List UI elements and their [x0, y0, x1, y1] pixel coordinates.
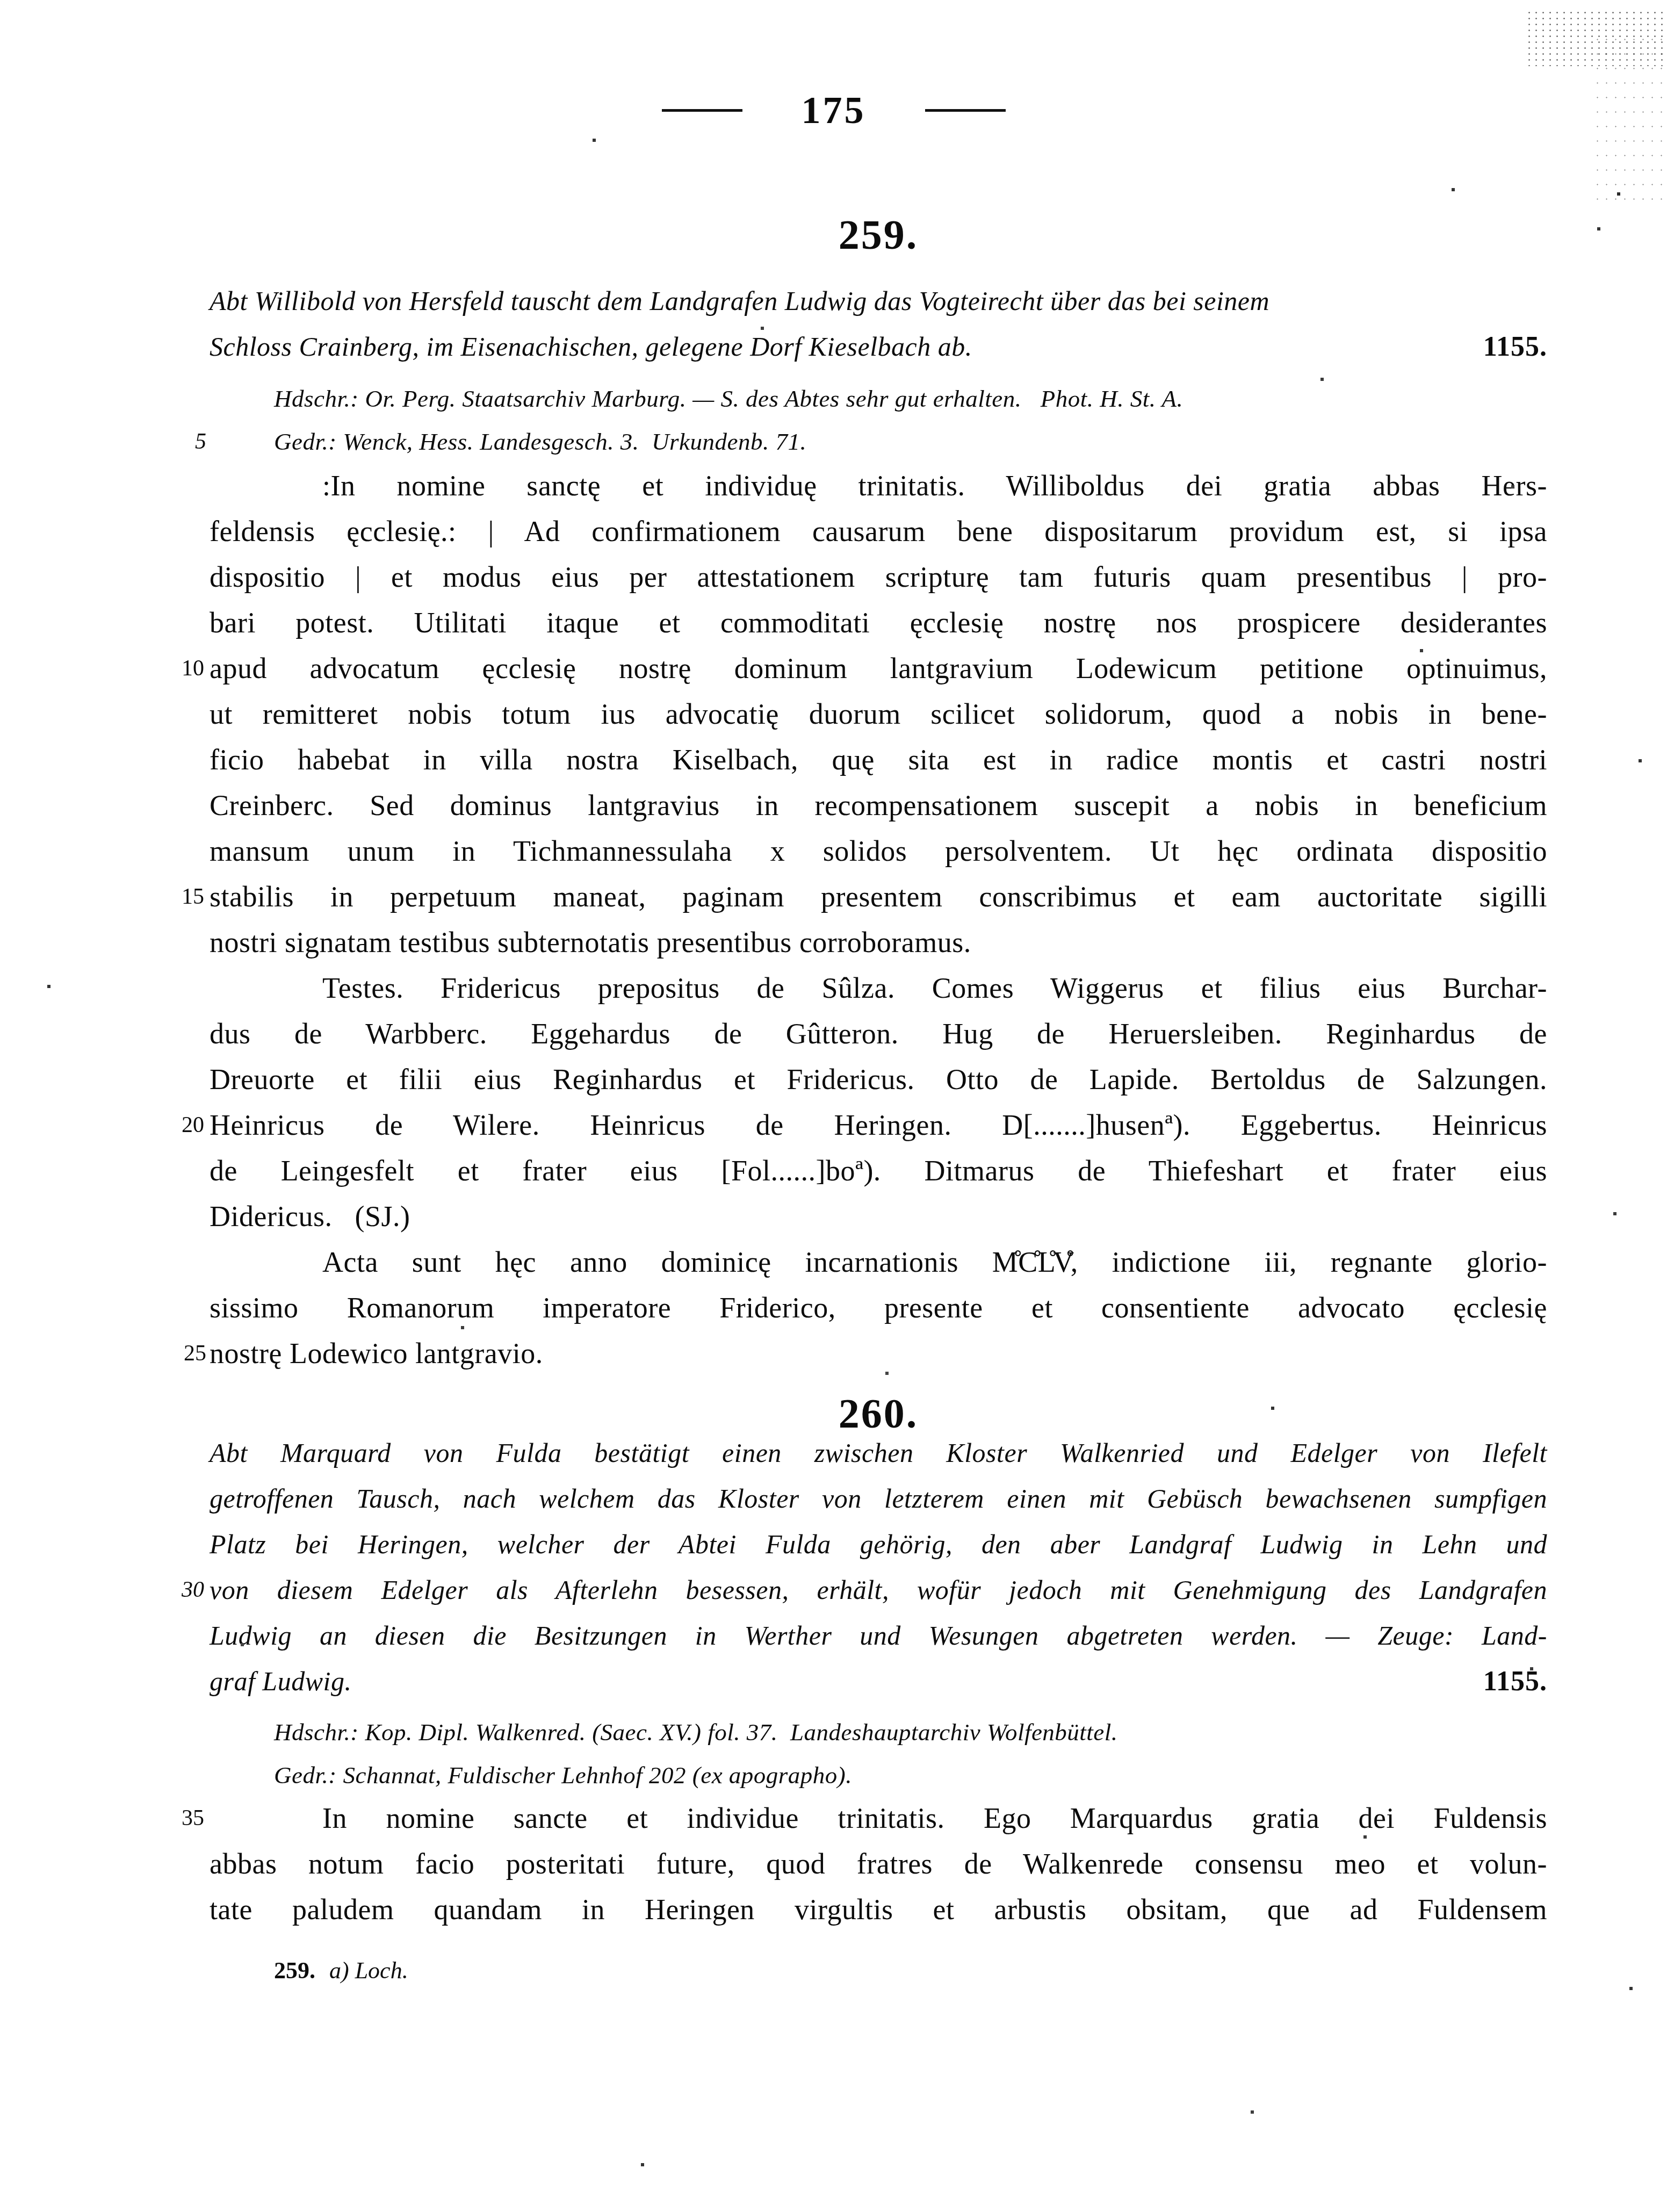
scanned-page: { "page": { "number": "175" }, "margin_n…: [0, 0, 1667, 2212]
text-line: Testes. Fridericus prepositus de Sûlza. …: [210, 966, 1547, 1011]
summary-text: Schloss Crainberg, im Eisenachischen, ge…: [210, 324, 972, 370]
entry-260-summary: Abt Marquard von Fulda bestätigt einen z…: [210, 1430, 1547, 1704]
source-text: Gedr.: Wenck, Hess. Landesgesch. 3. Urku…: [274, 428, 806, 455]
text-line: Dreuorte et filii eius Reginhardus et Fr…: [210, 1057, 1547, 1103]
text-line: Ludwig an diesen die Besitzungen in Wert…: [210, 1613, 1547, 1659]
text-line: 15stabilis in perpetuum maneat, paginam …: [210, 874, 1547, 920]
line-number: 30: [182, 1567, 206, 1613]
page-header: 175: [0, 86, 1667, 134]
charter-year: 1155.: [1483, 324, 1547, 370]
text-line: mansum unum in Tichmannessulaha x solido…: [210, 828, 1547, 874]
text-line: Creinberc. Sed dominus lantgravius in re…: [210, 783, 1547, 828]
text-line: abbas notum facio posteritati future, qu…: [210, 1841, 1547, 1887]
text-line: 30von diesem Edelger als Afterlehn beses…: [210, 1567, 1547, 1613]
text-line: graf Ludwig. 1155.: [210, 1659, 1547, 1704]
page-number: 175: [802, 88, 866, 133]
source-line-gedr: Gedr.: Schannat, Fuldischer Lehnhof 202 …: [210, 1754, 1547, 1797]
text-line: dispositio | et modus eius per attestati…: [210, 554, 1547, 600]
scan-noise-specks: [0, 0, 1, 1]
body-text: apud advocatum ęcclesię nostrę dominum l…: [210, 652, 1547, 685]
footnote: 259.a) Loch.: [274, 1957, 408, 1984]
text-line: ficio habebat in villa nostra Kiselbach,…: [210, 737, 1547, 783]
text-line: Abt Marquard von Fulda bestätigt einen z…: [210, 1430, 1547, 1476]
body-text: Heinricus de Wilere. Heinricus de Hering…: [210, 1109, 1547, 1141]
text-line: sissimo Romanorum imperatore Friderico, …: [210, 1285, 1547, 1331]
body-text: In nomine sancte et individue trinitatis…: [322, 1802, 1547, 1834]
entry-259-body: :In nomine sanctę et individuę trinitati…: [210, 463, 1547, 1377]
summary-text: von diesem Edelger als Afterlehn besesse…: [210, 1575, 1547, 1605]
summary-text: graf Ludwig.: [210, 1659, 351, 1704]
text-line: de Leingesfelt et frater eius [Fol......…: [210, 1148, 1547, 1194]
text-line: 25nostrę Lodewico lantgravio.: [210, 1331, 1547, 1377]
source-line-hdschr: Hdschr.: Or. Perg. Staatsarchiv Marburg.…: [210, 377, 1547, 420]
source-line-gedr: 5Gedr.: Wenck, Hess. Landesgesch. 3. Urk…: [210, 420, 1547, 463]
text-line: Acta sunt hęc anno dominicę incarnationi…: [210, 1240, 1547, 1285]
footnote-text: a) Loch.: [329, 1957, 408, 1984]
text-line: Abt Willibold von Hersfeld tauscht dem L…: [210, 278, 1547, 324]
text-line: Didericus. (SJ.): [210, 1194, 1547, 1240]
header-rule-right: [925, 109, 1006, 112]
entry-259-summary: Abt Willibold von Hersfeld tauscht dem L…: [210, 278, 1547, 370]
text-line: getroffenen Tausch, nach welchem das Klo…: [210, 1476, 1547, 1522]
text-line: Schloss Crainberg, im Eisenachischen, ge…: [210, 324, 1547, 370]
text-line: dus de Warbberc. Eggehardus de Gûtteron.…: [210, 1011, 1547, 1057]
line-number: 35: [182, 1796, 206, 1841]
text-line: ut remitteret nobis totum ius advocatię …: [210, 691, 1547, 737]
line-number: 10: [182, 646, 206, 691]
entry-259-heading: 259.: [210, 211, 1547, 259]
entry-260-source: Hdschr.: Kop. Dipl. Walkenred. (Saec. XV…: [210, 1711, 1547, 1797]
line-number: 5: [182, 420, 206, 463]
text-line: Platz bei Heringen, welcher der Abtei Fu…: [210, 1522, 1547, 1567]
header-rule-left: [662, 109, 742, 112]
footnote-ref: 259.: [274, 1957, 315, 1984]
body-text: stabilis in perpetuum maneat, paginam pr…: [210, 881, 1547, 913]
line-number: 20: [182, 1103, 206, 1148]
line-number: 25: [182, 1331, 206, 1377]
text-line: nostri signatam testibus subternotatis p…: [210, 920, 1547, 966]
charter-year: 1155.: [1483, 1659, 1547, 1704]
text-line: 20Heinricus de Wilere. Heinricus de Heri…: [210, 1103, 1547, 1148]
text-line: bari potest. Utilitati itaque et commodi…: [210, 600, 1547, 646]
body-text: nostrę Lodewico lantgravio.: [210, 1337, 543, 1370]
entry-259-source: Hdschr.: Or. Perg. Staatsarchiv Marburg.…: [210, 377, 1547, 463]
text-line: feldensis ęcclesię.: | Ad confirmationem…: [210, 509, 1547, 554]
line-number: 15: [182, 874, 206, 920]
text-line: tate paludem quandam in Heringen virgult…: [210, 1887, 1547, 1933]
text-line: :In nomine sanctę et individuę trinitati…: [210, 463, 1547, 509]
source-line-hdschr: Hdschr.: Kop. Dipl. Walkenred. (Saec. XV…: [210, 1711, 1547, 1754]
entry-260-body: 35In nomine sancte et individue trinitat…: [210, 1796, 1547, 1933]
text-line: 10apud advocatum ęcclesię nostrę dominum…: [210, 646, 1547, 691]
text-line: 35In nomine sancte et individue trinitat…: [210, 1796, 1547, 1841]
scan-noise-halftone: [1593, 32, 1663, 210]
